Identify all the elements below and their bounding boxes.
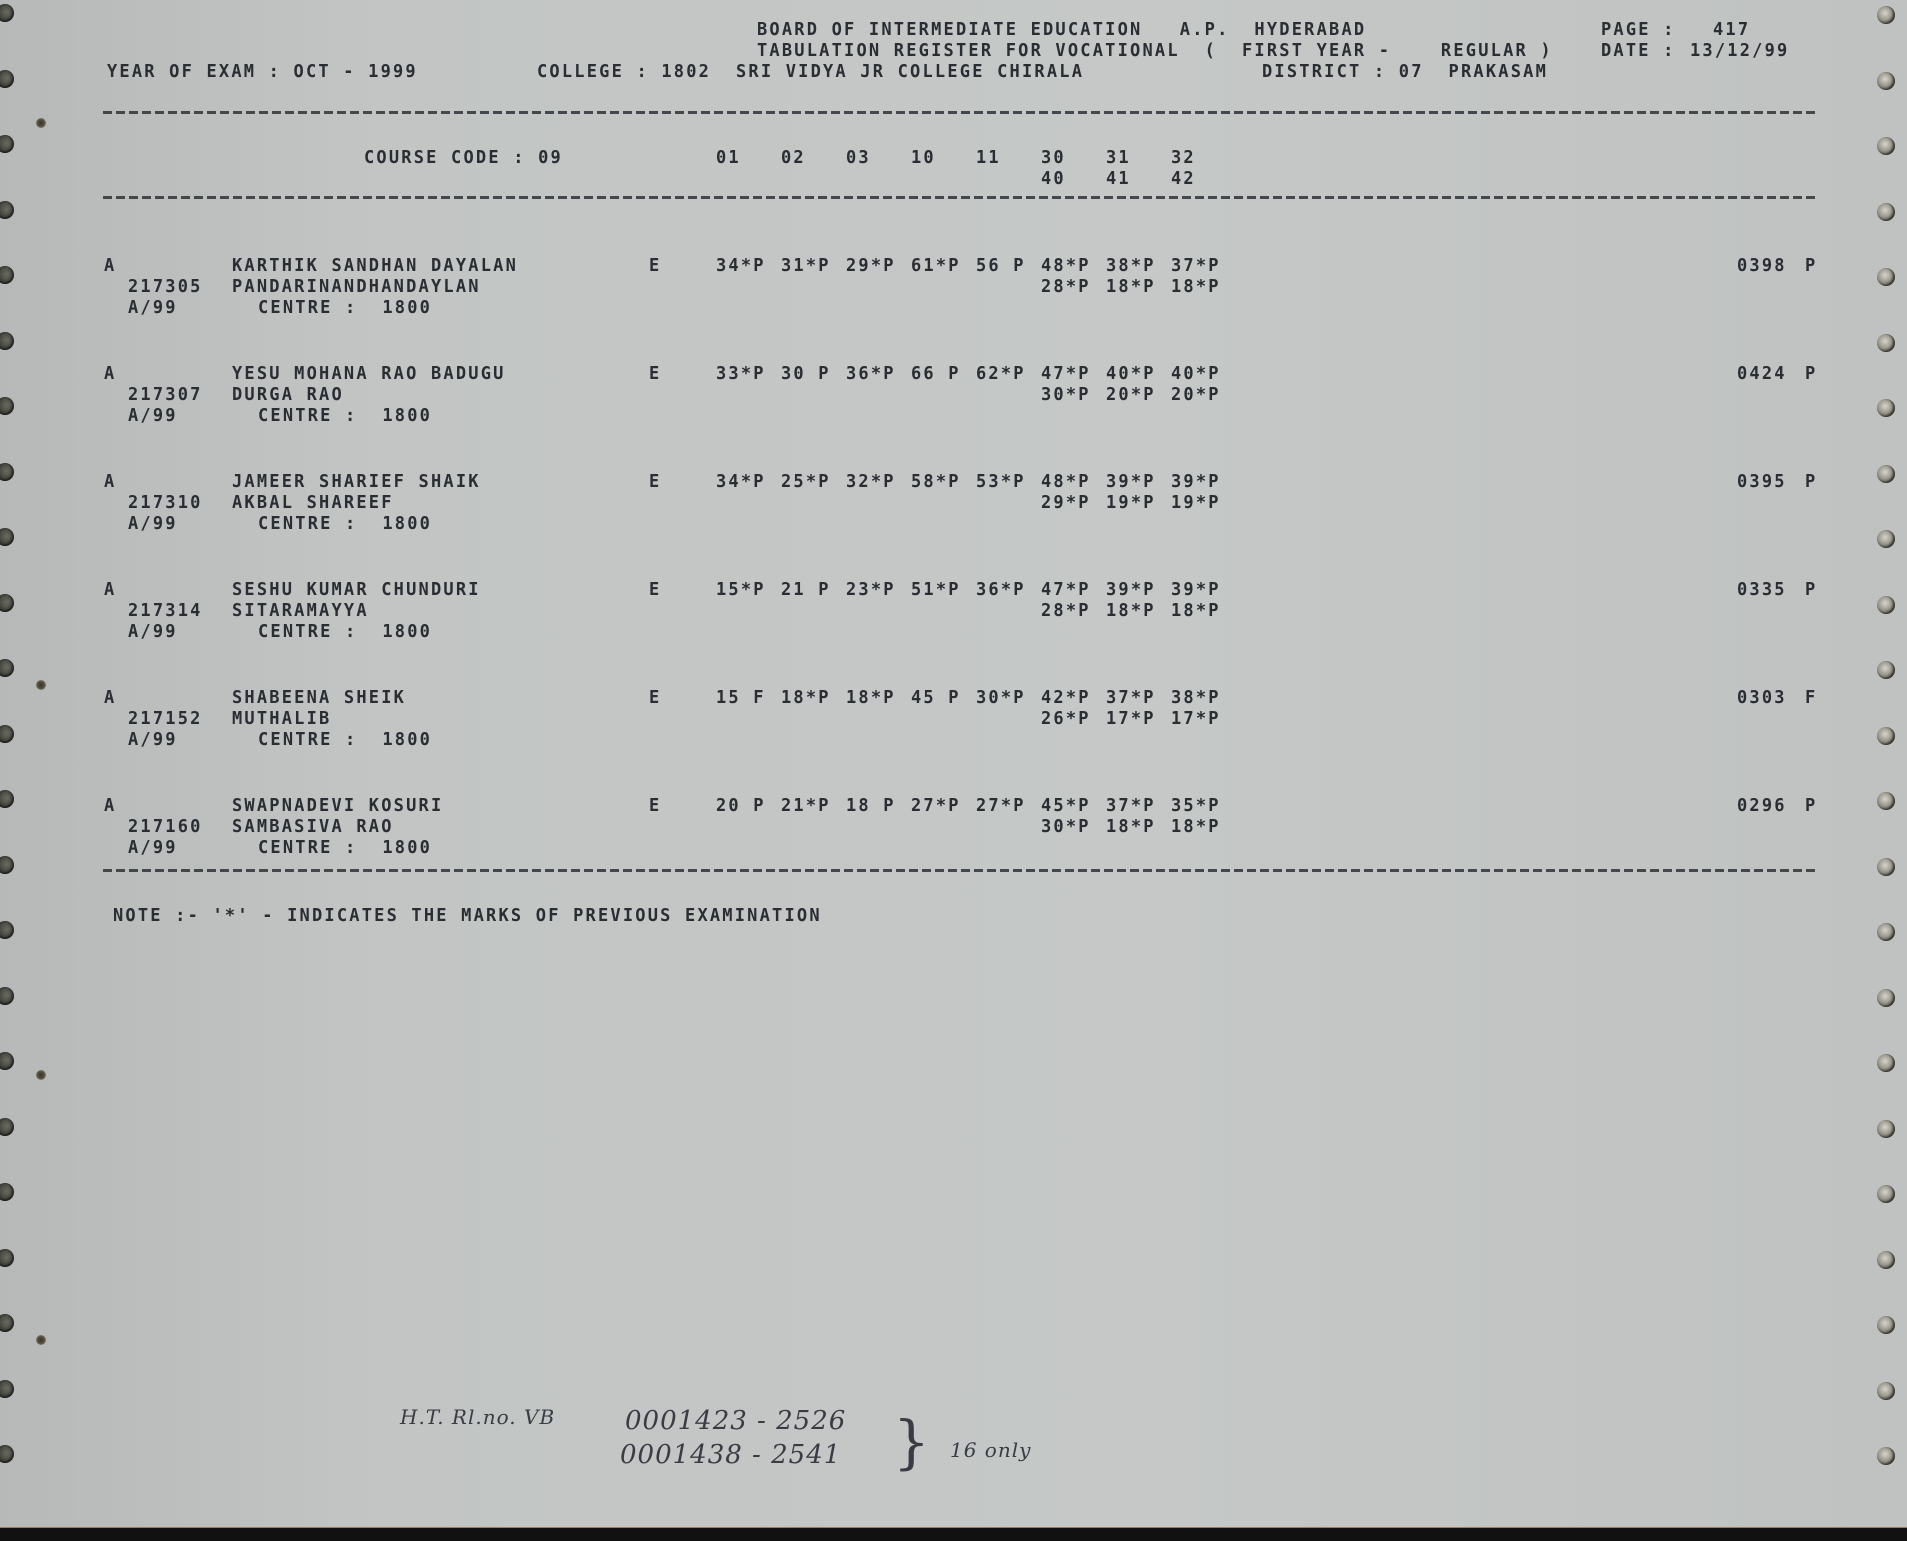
subject-mark: 23*P bbox=[846, 580, 896, 601]
feed-hole-icon bbox=[1877, 1316, 1895, 1334]
feed-hole-icon bbox=[1877, 1251, 1895, 1269]
subject-column-code: 11 bbox=[976, 148, 1001, 169]
subject-mark: 37*P bbox=[1106, 796, 1156, 817]
table-surface bbox=[0, 1527, 1907, 1541]
separator bbox=[103, 196, 1818, 199]
exam-session: A/99 bbox=[128, 406, 178, 427]
subject-mark: 58*P bbox=[911, 472, 961, 493]
subject-mark: 51*P bbox=[911, 580, 961, 601]
father-name: MUTHALIB bbox=[232, 709, 331, 730]
feed-hole-icon bbox=[0, 856, 14, 874]
subject-mark: 30*P bbox=[976, 688, 1026, 709]
feed-hole-icon bbox=[1877, 203, 1895, 221]
grade: A bbox=[104, 472, 116, 493]
subject-mark: 34*P bbox=[716, 472, 766, 493]
handwritten-range-1: 0001423 - 2526 bbox=[625, 1406, 846, 1436]
feed-hole-icon bbox=[1877, 465, 1895, 483]
subject-column-code: 32 bbox=[1171, 148, 1196, 169]
subject-column-code: 42 bbox=[1171, 169, 1196, 190]
feed-hole-icon bbox=[1877, 399, 1895, 417]
exam-centre: CENTRE : 1800 bbox=[258, 838, 432, 859]
feed-hole-icon bbox=[1877, 596, 1895, 614]
result-status: P bbox=[1805, 580, 1817, 601]
exam-session: A/99 bbox=[128, 298, 178, 319]
feed-hole-icon bbox=[1877, 1382, 1895, 1400]
subject-mark: 27*P bbox=[976, 796, 1026, 817]
total-marks: 0424 bbox=[1737, 364, 1787, 385]
feed-hole-icon bbox=[1877, 1120, 1895, 1138]
subject-mark: 36*P bbox=[846, 364, 896, 385]
board-title: BOARD OF INTERMEDIATE EDUCATION A.P. HYD… bbox=[757, 20, 1366, 41]
subject-mark: 34*P bbox=[716, 256, 766, 277]
roll-number: 217310 bbox=[128, 493, 203, 514]
subject-mark: 18*P bbox=[781, 688, 831, 709]
subject-mark: 66 P bbox=[911, 364, 961, 385]
medium: E bbox=[649, 688, 661, 709]
exam-centre: CENTRE : 1800 bbox=[258, 298, 432, 319]
feed-hole-icon bbox=[0, 135, 14, 153]
subject-column-code: 41 bbox=[1106, 169, 1131, 190]
subject-mark: 18*P bbox=[1171, 277, 1221, 298]
subject-mark: 17*P bbox=[1171, 709, 1221, 730]
subject-mark: 61*P bbox=[911, 256, 961, 277]
student-name: SWAPNADEVI KOSURI bbox=[232, 796, 443, 817]
subject-mark: 18*P bbox=[1106, 277, 1156, 298]
subject-mark: 20*P bbox=[1106, 385, 1156, 406]
result-status: P bbox=[1805, 364, 1817, 385]
subject-mark: 45 P bbox=[911, 688, 961, 709]
feed-hole-icon bbox=[1877, 1447, 1895, 1465]
subject-mark: 39*P bbox=[1171, 580, 1221, 601]
subject-mark: 45*P bbox=[1041, 796, 1091, 817]
feed-hole-icon bbox=[1877, 530, 1895, 548]
subject-mark: 40*P bbox=[1171, 364, 1221, 385]
feed-hole-icon bbox=[0, 201, 14, 219]
district-info: DISTRICT : 07 PRAKASAM bbox=[1262, 62, 1548, 83]
subject-mark: 30*P bbox=[1041, 817, 1091, 838]
grade: A bbox=[104, 364, 116, 385]
result-status: P bbox=[1805, 796, 1817, 817]
feed-hole-icon bbox=[1877, 792, 1895, 810]
roll-number: 217305 bbox=[128, 277, 203, 298]
result-status: F bbox=[1805, 688, 1817, 709]
subject-mark: 26*P bbox=[1041, 709, 1091, 730]
feed-hole-icon bbox=[1877, 858, 1895, 876]
feed-hole-icon bbox=[0, 528, 14, 546]
subject-mark: 39*P bbox=[1171, 472, 1221, 493]
exam-centre: CENTRE : 1800 bbox=[258, 730, 432, 751]
separator bbox=[103, 111, 1818, 114]
subject-mark: 35*P bbox=[1171, 796, 1221, 817]
father-name: SITARAMAYYA bbox=[232, 601, 369, 622]
roll-number: 217160 bbox=[128, 817, 203, 838]
feed-hole-icon bbox=[0, 266, 14, 284]
medium: E bbox=[649, 472, 661, 493]
page-number: 417 bbox=[1713, 20, 1750, 41]
exam-centre: CENTRE : 1800 bbox=[258, 406, 432, 427]
subject-mark: 48*P bbox=[1041, 256, 1091, 277]
subject-mark: 47*P bbox=[1041, 364, 1091, 385]
college-info: COLLEGE : 1802 SRI VIDYA JR COLLEGE CHIR… bbox=[537, 62, 1084, 83]
feed-hole-icon bbox=[0, 70, 14, 88]
subject-mark: 28*P bbox=[1041, 277, 1091, 298]
subject-mark: 36*P bbox=[976, 580, 1026, 601]
feed-hole-icon bbox=[1877, 1185, 1895, 1203]
subject-mark: 48*P bbox=[1041, 472, 1091, 493]
subject-mark: 37*P bbox=[1171, 256, 1221, 277]
father-name: DURGA RAO bbox=[232, 385, 344, 406]
feed-hole-icon bbox=[0, 1118, 14, 1136]
subject-mark: 30 P bbox=[781, 364, 831, 385]
exam-centre: CENTRE : 1800 bbox=[258, 514, 432, 535]
medium: E bbox=[649, 364, 661, 385]
feed-hole-icon bbox=[0, 397, 14, 415]
student-name: SESHU KUMAR CHUNDURI bbox=[232, 580, 481, 601]
subject-mark: 21*P bbox=[781, 796, 831, 817]
subject-mark: 27*P bbox=[911, 796, 961, 817]
perforation-speck bbox=[36, 118, 46, 128]
feed-hole-icon bbox=[0, 594, 14, 612]
subject-mark: 38*P bbox=[1106, 256, 1156, 277]
year-of-exam: YEAR OF EXAM : OCT - 1999 bbox=[107, 62, 418, 83]
student-name: YESU MOHANA RAO BADUGU bbox=[232, 364, 506, 385]
father-name: PANDARINANDHANDAYLAN bbox=[232, 277, 481, 298]
total-marks: 0335 bbox=[1737, 580, 1787, 601]
subject-mark: 62*P bbox=[976, 364, 1026, 385]
subject-column-code: 03 bbox=[846, 148, 871, 169]
subject-column-code: 01 bbox=[716, 148, 741, 169]
handwritten-prefix: H.T. Rl.no. VB bbox=[400, 1405, 555, 1429]
register-title: TABULATION REGISTER FOR VOCATIONAL ( FIR… bbox=[757, 41, 1553, 62]
student-name: SHABEENA SHEIK bbox=[232, 688, 406, 709]
feed-hole-icon bbox=[1877, 989, 1895, 1007]
roll-number: 217152 bbox=[128, 709, 203, 730]
subject-mark: 38*P bbox=[1171, 688, 1221, 709]
date-label: DATE : bbox=[1601, 41, 1676, 62]
feed-hole-icon bbox=[0, 659, 14, 677]
perforation-speck bbox=[36, 680, 46, 690]
subject-mark: 18*P bbox=[1106, 817, 1156, 838]
subject-mark: 32*P bbox=[846, 472, 896, 493]
subject-mark: 18*P bbox=[846, 688, 896, 709]
print-date: 13/12/99 bbox=[1690, 41, 1789, 62]
total-marks: 0398 bbox=[1737, 256, 1787, 277]
subject-mark: 30*P bbox=[1041, 385, 1091, 406]
feed-hole-icon bbox=[0, 1445, 14, 1463]
grade: A bbox=[104, 580, 116, 601]
student-name: KARTHIK SANDHAN DAYALAN bbox=[232, 256, 518, 277]
subject-mark: 20 P bbox=[716, 796, 766, 817]
medium: E bbox=[649, 256, 661, 277]
feed-hole-icon bbox=[0, 1249, 14, 1267]
feed-hole-icon bbox=[1877, 1054, 1895, 1072]
student-name: JAMEER SHARIEF SHAIK bbox=[232, 472, 481, 493]
grade: A bbox=[104, 688, 116, 709]
subject-mark: 42*P bbox=[1041, 688, 1091, 709]
subject-column-code: 30 bbox=[1041, 148, 1066, 169]
feed-hole-icon bbox=[0, 4, 14, 22]
grade: A bbox=[104, 256, 116, 277]
feed-hole-icon bbox=[1877, 727, 1895, 745]
exam-session: A/99 bbox=[128, 838, 178, 859]
feed-hole-icon bbox=[0, 332, 14, 350]
subject-mark: 18*P bbox=[1106, 601, 1156, 622]
total-marks: 0303 bbox=[1737, 688, 1787, 709]
subject-column-code: 02 bbox=[781, 148, 806, 169]
feed-hole-icon bbox=[1877, 334, 1895, 352]
roll-number: 217314 bbox=[128, 601, 203, 622]
page-label: PAGE : bbox=[1601, 20, 1676, 41]
feed-hole-icon bbox=[1877, 268, 1895, 286]
feed-hole-icon bbox=[0, 1052, 14, 1070]
feed-hole-icon bbox=[0, 463, 14, 481]
perforation-speck bbox=[36, 1335, 46, 1345]
subject-mark: 28*P bbox=[1041, 601, 1091, 622]
feed-hole-icon bbox=[0, 987, 14, 1005]
handwritten-brace: } bbox=[893, 1413, 930, 1471]
result-status: P bbox=[1805, 256, 1817, 277]
subject-mark: 31*P bbox=[781, 256, 831, 277]
course-code: COURSE CODE : 09 bbox=[364, 148, 563, 169]
printout-paper: BOARD OF INTERMEDIATE EDUCATION A.P. HYD… bbox=[0, 0, 1907, 1527]
subject-mark: 15 F bbox=[716, 688, 766, 709]
subject-column-code: 31 bbox=[1106, 148, 1131, 169]
feed-hole-icon bbox=[1877, 923, 1895, 941]
subject-mark: 39*P bbox=[1106, 472, 1156, 493]
subject-mark: 29*P bbox=[846, 256, 896, 277]
subject-mark: 17*P bbox=[1106, 709, 1156, 730]
medium: E bbox=[649, 796, 661, 817]
subject-mark: 47*P bbox=[1041, 580, 1091, 601]
subject-mark: 56 P bbox=[976, 256, 1026, 277]
grade: A bbox=[104, 796, 116, 817]
subject-mark: 33*P bbox=[716, 364, 766, 385]
feed-hole-icon bbox=[0, 790, 14, 808]
footnote: NOTE :- '*' - INDICATES THE MARKS OF PRE… bbox=[113, 906, 822, 927]
total-marks: 0395 bbox=[1737, 472, 1787, 493]
roll-number: 217307 bbox=[128, 385, 203, 406]
feed-hole-icon bbox=[0, 1314, 14, 1332]
father-name: SAMBASIVA RAO bbox=[232, 817, 394, 838]
feed-hole-icon bbox=[1877, 661, 1895, 679]
exam-session: A/99 bbox=[128, 622, 178, 643]
subject-mark: 15*P bbox=[716, 580, 766, 601]
feed-hole-icon bbox=[0, 1380, 14, 1398]
subject-mark: 53*P bbox=[976, 472, 1026, 493]
handwritten-count: 16 only bbox=[950, 1438, 1031, 1462]
subject-mark: 25*P bbox=[781, 472, 831, 493]
subject-mark: 39*P bbox=[1106, 580, 1156, 601]
subject-mark: 19*P bbox=[1106, 493, 1156, 514]
subject-mark: 18 P bbox=[846, 796, 896, 817]
exam-session: A/99 bbox=[128, 514, 178, 535]
medium: E bbox=[649, 580, 661, 601]
subject-column-code: 40 bbox=[1041, 169, 1066, 190]
separator bbox=[103, 869, 1818, 872]
subject-column-code: 10 bbox=[911, 148, 936, 169]
feed-hole-icon bbox=[1877, 72, 1895, 90]
exam-session: A/99 bbox=[128, 730, 178, 751]
subject-mark: 18*P bbox=[1171, 817, 1221, 838]
feed-hole-icon bbox=[1877, 137, 1895, 155]
subject-mark: 37*P bbox=[1106, 688, 1156, 709]
subject-mark: 18*P bbox=[1171, 601, 1221, 622]
feed-hole-icon bbox=[0, 1183, 14, 1201]
subject-mark: 20*P bbox=[1171, 385, 1221, 406]
result-status: P bbox=[1805, 472, 1817, 493]
perforation-speck bbox=[36, 1070, 46, 1080]
handwritten-range-2: 0001438 - 2541 bbox=[620, 1440, 841, 1470]
total-marks: 0296 bbox=[1737, 796, 1787, 817]
subject-mark: 21 P bbox=[781, 580, 831, 601]
exam-centre: CENTRE : 1800 bbox=[258, 622, 432, 643]
father-name: AKBAL SHAREEF bbox=[232, 493, 394, 514]
feed-hole-icon bbox=[0, 921, 14, 939]
subject-mark: 29*P bbox=[1041, 493, 1091, 514]
subject-mark: 40*P bbox=[1106, 364, 1156, 385]
subject-mark: 19*P bbox=[1171, 493, 1221, 514]
feed-hole-icon bbox=[0, 725, 14, 743]
feed-hole-icon bbox=[1877, 6, 1895, 24]
